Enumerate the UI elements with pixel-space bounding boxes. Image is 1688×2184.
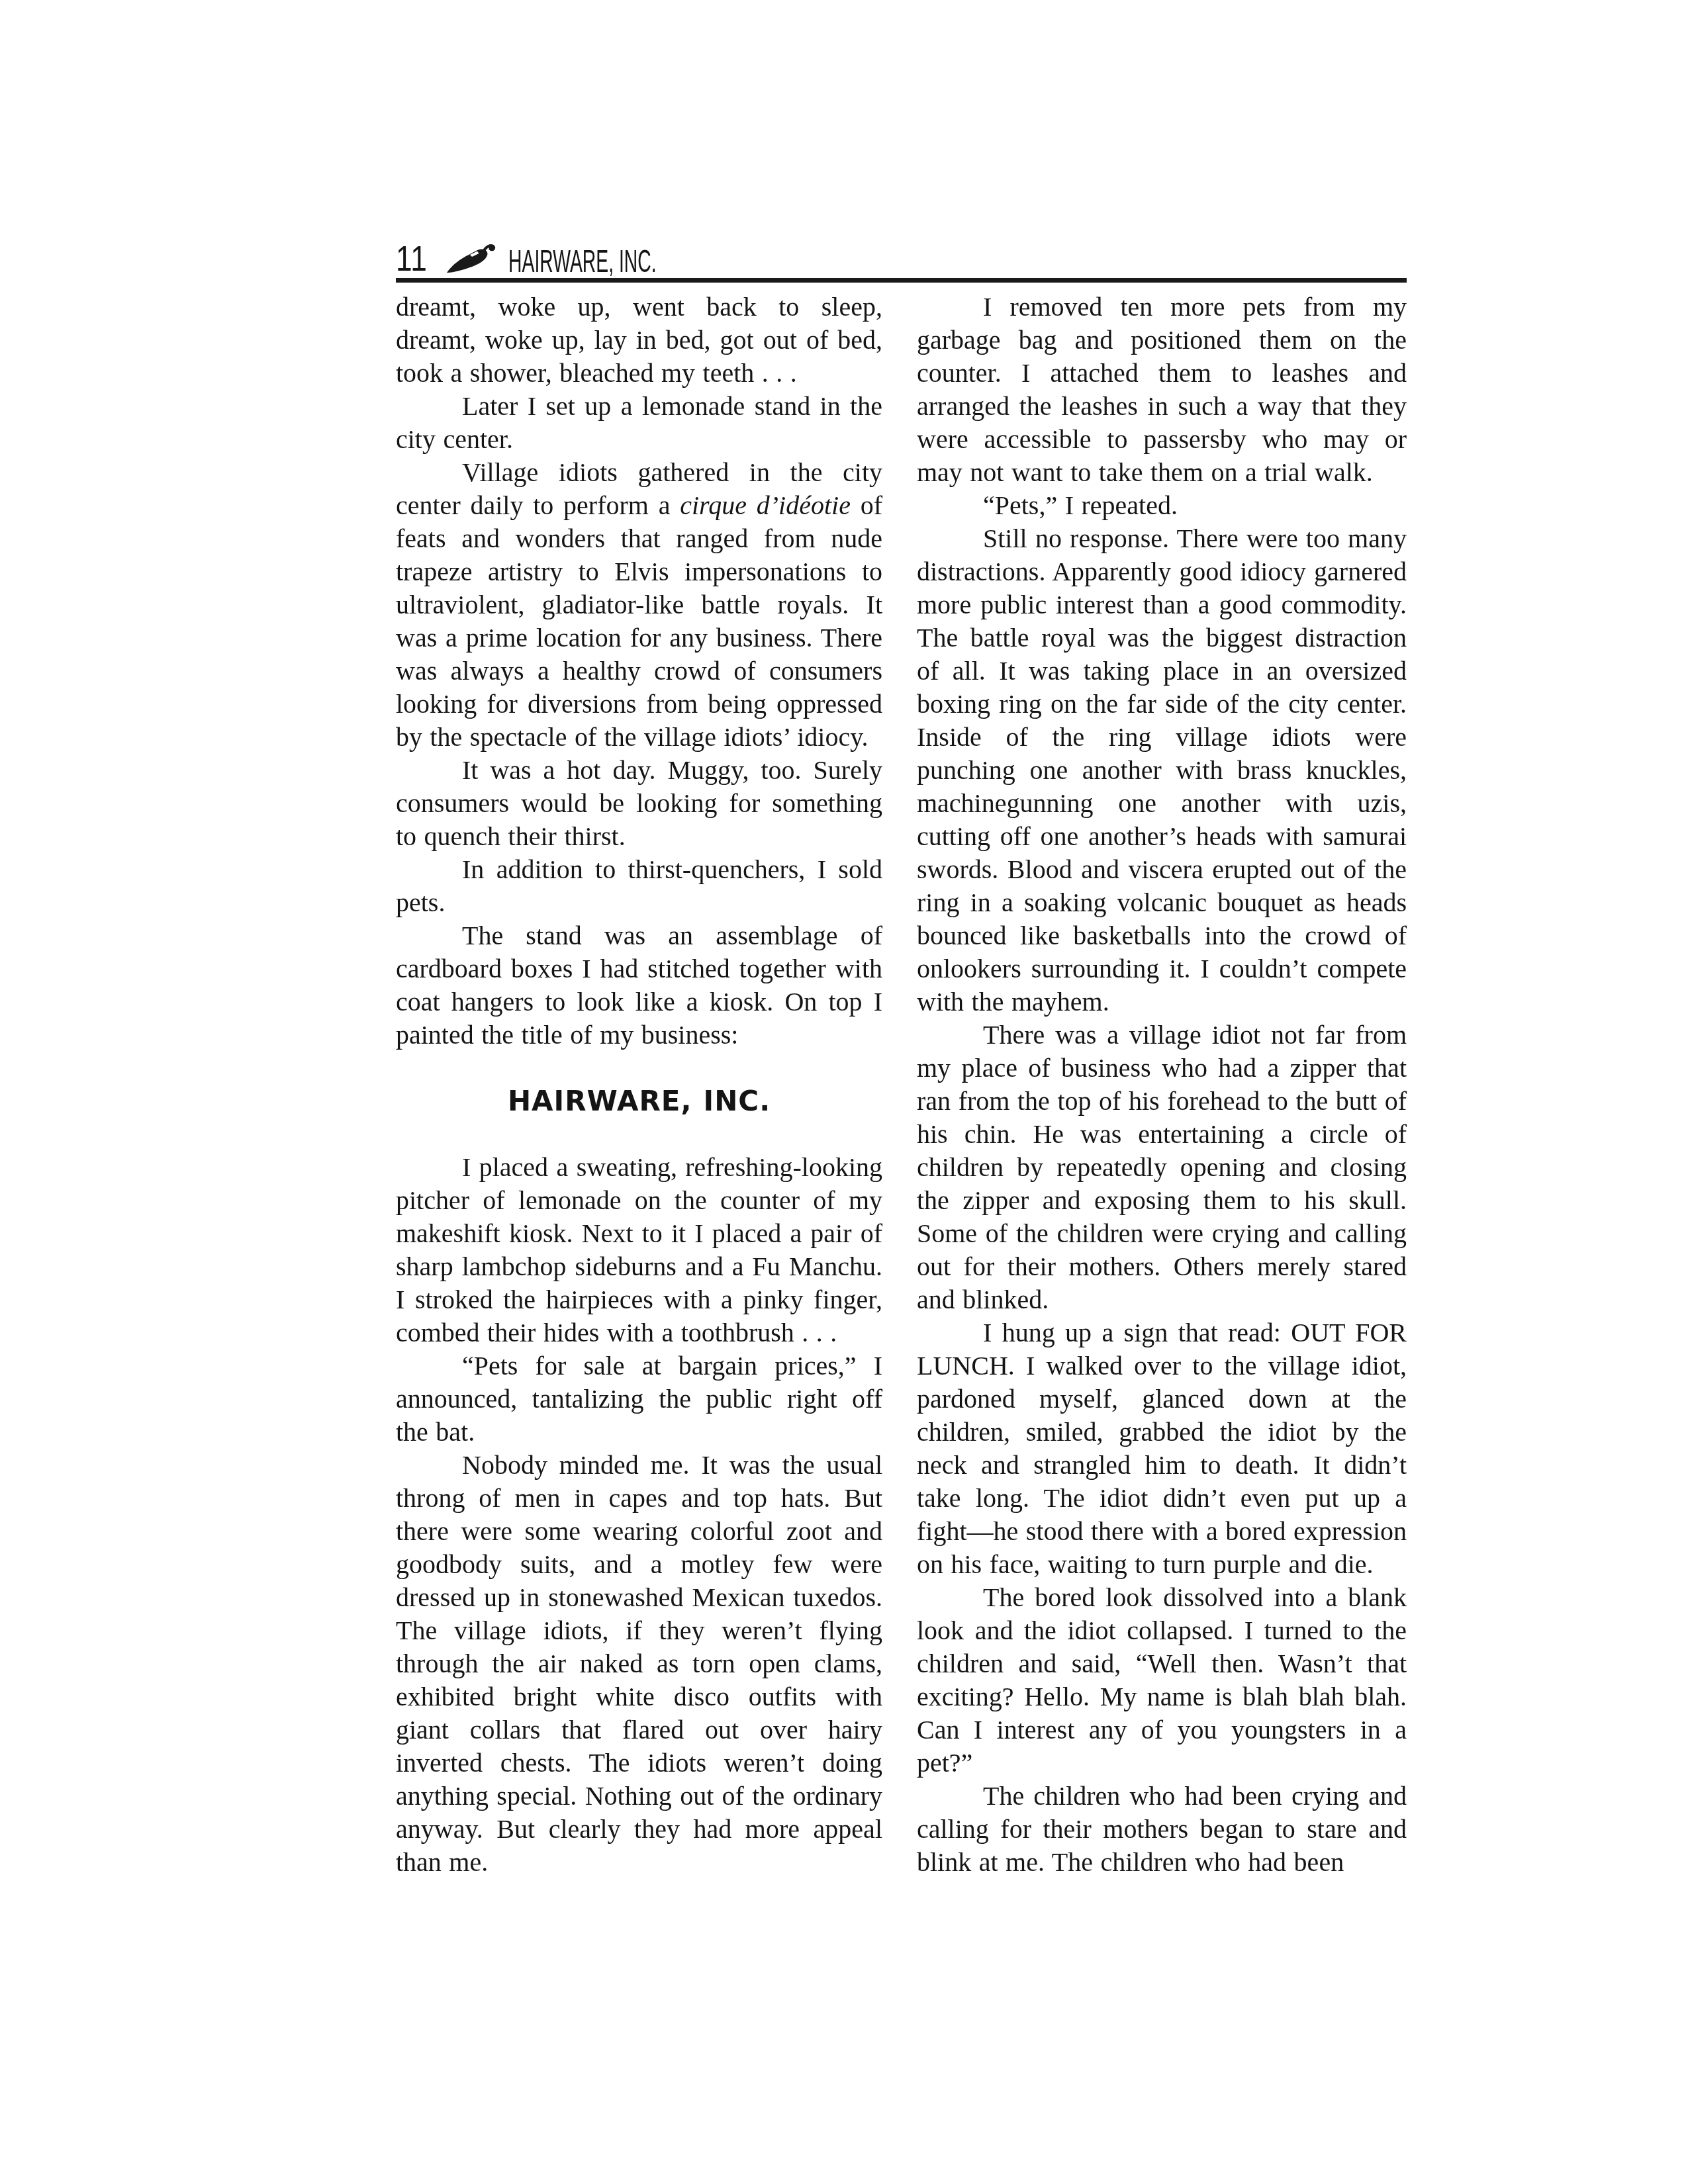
paragraph: “Pets,” I repeated. xyxy=(917,489,1407,522)
paragraph: I removed ten more pets from my garbage … xyxy=(917,291,1407,489)
text-columns: dreamt, woke up, went back to sleep, dre… xyxy=(396,291,1407,1879)
paragraph: “Pets for sale at bargain prices,” I ann… xyxy=(396,1349,882,1449)
hair-sprig-icon xyxy=(445,242,496,274)
page-number: 11 xyxy=(396,241,428,277)
header-title: HAIRWARE, INC. xyxy=(508,246,657,277)
paragraph: It was a hot day. Muggy, too. Surely con… xyxy=(396,754,882,853)
paragraph: Still no response. There were too many d… xyxy=(917,522,1407,1019)
book-page: 11 HAIRWARE, INC. dreamt, woke up, went … xyxy=(0,0,1688,2184)
paragraph: I placed a sweating, refreshing-looking … xyxy=(396,1151,882,1349)
paragraph: The children who had been crying and cal… xyxy=(917,1780,1407,1879)
content-area: 11 HAIRWARE, INC. dreamt, woke up, went … xyxy=(396,234,1407,1879)
paragraph: Village idiots gathered in the city cent… xyxy=(396,456,882,754)
paragraph: Later I set up a lemonade stand in the c… xyxy=(396,390,882,456)
paragraph: In addition to thirst-quenchers, I sold … xyxy=(396,853,882,919)
paragraph: The bored look dissolved into a blank lo… xyxy=(917,1581,1407,1780)
paragraph: Nobody minded me. It was the usual thron… xyxy=(396,1449,882,1879)
left-column: dreamt, woke up, went back to sleep, dre… xyxy=(396,291,882,1879)
paragraph: I hung up a sign that read: OUT FOR LUNC… xyxy=(917,1316,1407,1581)
paragraph: dreamt, woke up, went back to sleep, dre… xyxy=(396,291,882,390)
inline-heading: HAIRWARE, INC. xyxy=(396,1052,882,1151)
right-column: I removed ten more pets from my garbage … xyxy=(917,291,1407,1879)
running-header: 11 HAIRWARE, INC. xyxy=(396,234,1407,283)
paragraph: The stand was an assemblage of cardboard… xyxy=(396,919,882,1052)
paragraph: There was a village idiot not far from m… xyxy=(917,1019,1407,1316)
